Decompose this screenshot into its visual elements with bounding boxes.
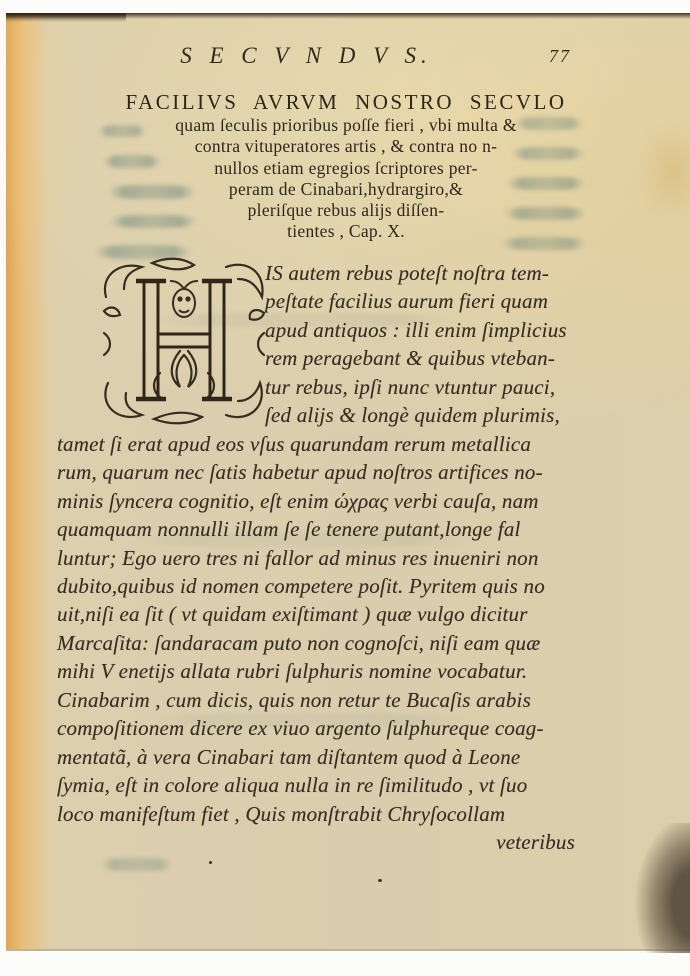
catchword: veteribus [57,828,633,856]
heading-line: pleriſque rebus alijs diſſen- [66,200,626,221]
scan-background: { "page": { "running_head": "S E C V N D… [0,0,690,976]
body-line: quamquam nonnulli illam ſe ſe tenere put… [57,515,633,543]
body-line: mihi V enetijs allata rubri ſulphuris no… [57,657,633,685]
body-line: apud antiquos : illi enim ſimplicius [265,316,633,344]
heading-line: peram de Cinabari,hydrargiro,& [66,179,626,200]
running-head: S E C V N D V S. [6,43,606,69]
body-line: luntur; Ego uero tres ni fallor ad minus… [57,544,633,572]
body-line: Marcaſita: ſandaracam puto non cognoſci,… [57,629,633,657]
body-line: tur rebus, ipſi nunc vtuntur pauci, [265,373,633,401]
page-top-edge-corner [6,13,126,22]
body-text: IS autem rebus poteſt noſtra tem- peſtat… [57,259,633,857]
body-line: rem peragebant & quibus vteban- [265,344,633,372]
ink-speck [378,879,382,882]
body-line: dubito,quibus id nomen competere poſit. … [57,572,633,600]
body-line: Cinabarim , cum dicis, quis non retur te… [57,686,633,714]
body-line: loco manifeſtum fiet , Quis monſtrabit C… [57,800,633,828]
body-line: peſtate facilius aurum fieri quam [265,287,633,315]
heading-line: contra vituperatores artis , & contra no… [66,136,626,157]
heading-line: FACILIVS AVRVM NOSTRO SECVLO [66,89,626,115]
body-line: rum, quarum nec ſatis habetur apud noſtr… [57,458,633,486]
ink-speck [209,861,212,864]
body-line: compoſitionem dicere ex viuo argento ſul… [57,714,633,742]
heading-line: quam ſeculis prioribus poſſe fieri , vbi… [66,115,626,136]
page-number: 77 [549,46,571,67]
heading-line: nullos etiam egregios ſcriptores per- [66,158,626,179]
body-line: uit,niſi ea ſit ( vt quidam exiſtimant )… [57,600,633,628]
page-corner-shadow [632,823,690,953]
body-line: ſed alijs & longè quidem plurimis, [265,401,633,429]
chapter-heading: FACILIVS AVRVM NOSTRO SECVLO quam ſeculi… [66,89,626,243]
body-line: mentatã, à vera Cinabari tam diſtantem q… [57,743,633,771]
showthrough-mark [101,858,173,871]
book-page-scan: S E C V N D V S. 77 FACILIVS AVRVM NOSTR… [6,13,690,951]
body-line: IS autem rebus poteſt noſtra tem- [265,259,633,287]
paper-stain [642,123,690,218]
body-line: minis ſyncera cognitio, eſt enim ώχρας v… [57,487,633,515]
body-line: tamet ſi erat apud eos vſus quarundam re… [57,430,633,458]
heading-line: tientes , Cap. X. [66,221,626,242]
body-line: ſymia, eſt in colore aliqua nulla in re … [57,771,633,799]
